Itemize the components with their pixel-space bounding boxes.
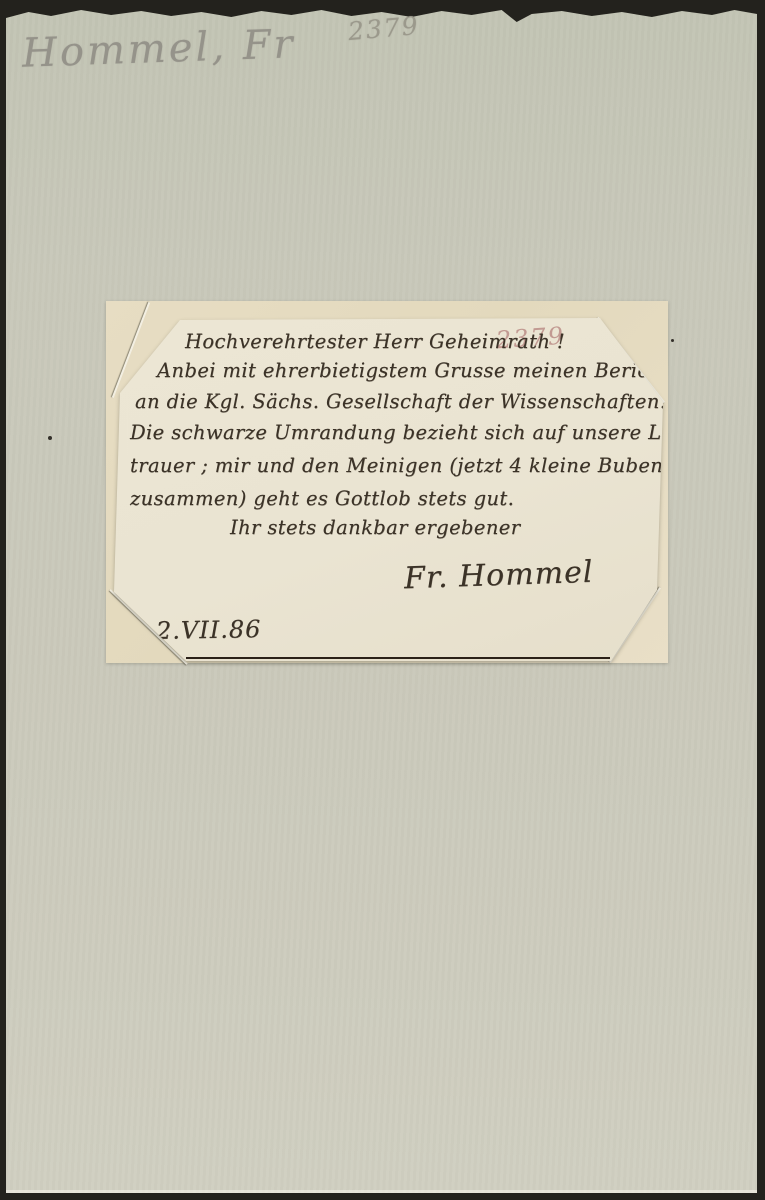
archival-scan: Hommel, Fr 2379 2379 Hochverehrtester He… <box>0 0 765 1200</box>
card-line-closing: Ihr stets dankbar ergebener <box>230 516 520 539</box>
paper-speck <box>48 436 52 440</box>
pencil-archive-number: 2379 <box>347 11 421 46</box>
pencil-owner-annotation: Hommel, Fr <box>21 21 296 77</box>
paper-speck <box>671 339 674 342</box>
date-annotation: 2.VII.86 <box>156 615 262 645</box>
card-line: an die Kgl. Sächs. Gesellschaft der Wiss… <box>135 390 666 413</box>
card-line: Anbei mit ehrerbietigstem Grusse meinen … <box>157 359 670 382</box>
correspondence-card: 2379 Hochverehrtester Herr Geheimrath ! … <box>114 318 663 662</box>
card-line-salutation: Hochverehrtester Herr Geheimrath ! <box>185 330 565 353</box>
card-container: 2379 Hochverehrtester Herr Geheimrath ! … <box>114 318 663 662</box>
card-line: Die schwarze Umrandung bezieht sich auf … <box>130 421 729 444</box>
signature: Fr. Hommel <box>403 555 594 597</box>
mourning-border-line <box>186 657 610 659</box>
card-line: zusammen) geht es Gottlob stets gut. <box>130 487 514 510</box>
card-line: trauer ; mir und den Meinigen (jetzt 4 k… <box>130 454 663 477</box>
